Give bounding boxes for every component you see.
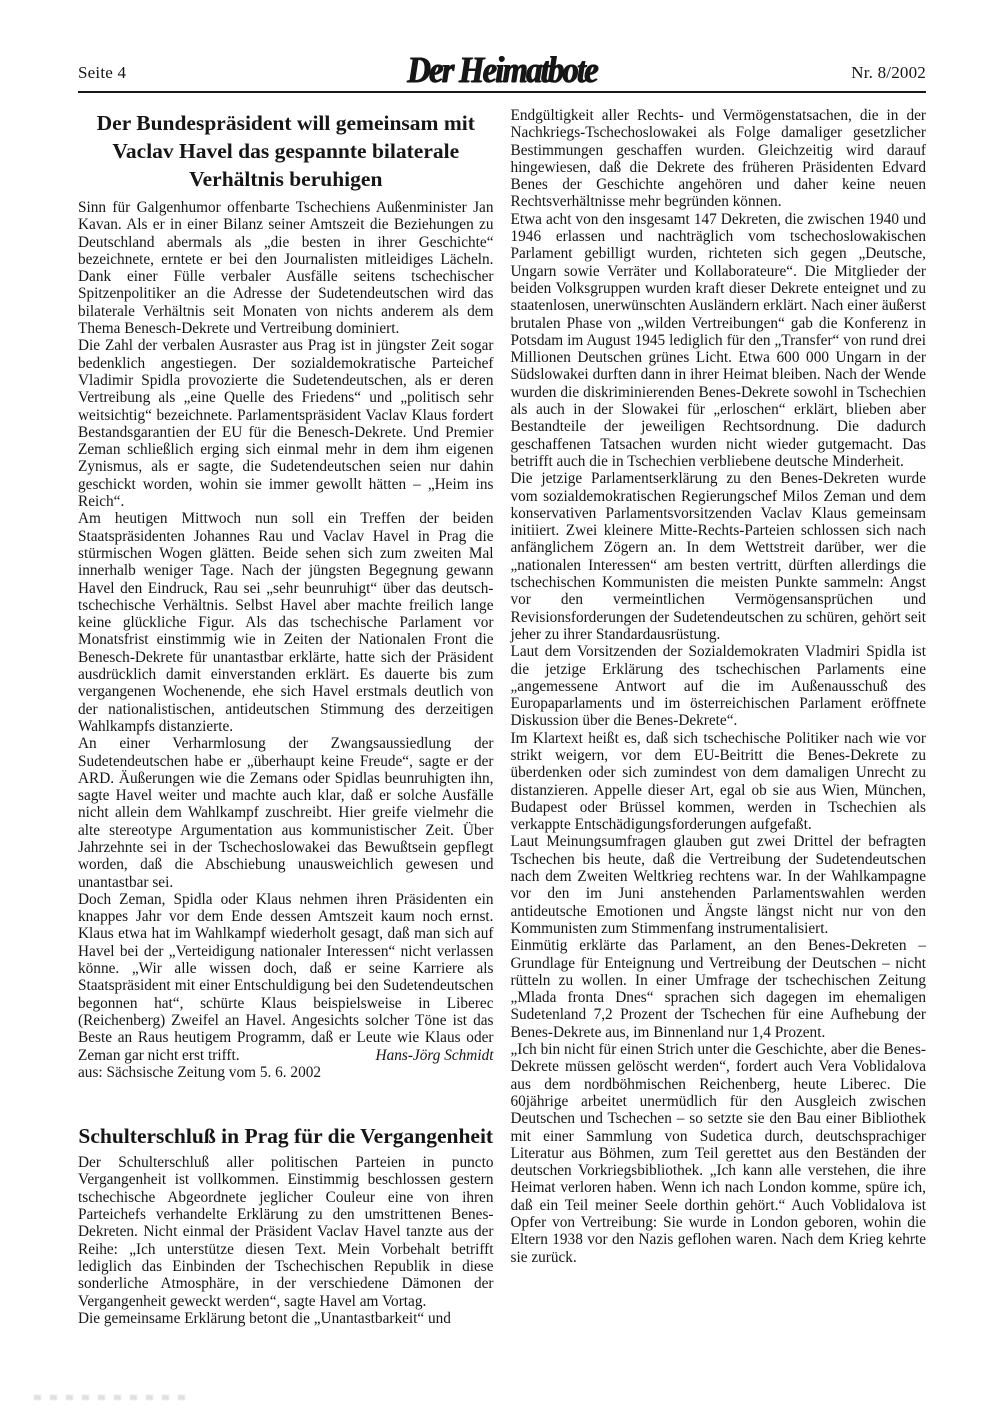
- article-paragraph: Endgültigkeit aller Rechts- und Vermögen…: [511, 107, 927, 211]
- right-column-paragraphs: Endgültigkeit aller Rechts- und Vermögen…: [511, 107, 927, 1266]
- page-header: Seite 4 Der Heimatbote Nr. 8/2002: [78, 34, 926, 88]
- article-paragraph: Einmütig erklärte das Parlament, an den …: [511, 937, 927, 1041]
- article-paragraph: Die gemeinsame Erklärung betont die „Una…: [78, 1310, 494, 1327]
- closing-paragraph-text: Doch Zeman, Spidla oder Klaus nehmen ihr…: [78, 891, 494, 1064]
- article-paragraph: „Ich bin nicht für einen Strich unter di…: [511, 1041, 927, 1266]
- issue-number-label: Nr. 8/2002: [851, 63, 926, 83]
- article-paragraph: An einer Verharmlosung der Zwangsaussied…: [78, 735, 494, 891]
- page-number-label: Seite 4: [78, 63, 126, 83]
- article-paragraph: Am heutigen Mittwoch nun soll ein Treffe…: [78, 510, 494, 735]
- article-1-source-line: aus: Sächsische Zeitung vom 5. 6. 2002: [78, 1064, 494, 1081]
- scan-artifact: [34, 1395, 194, 1400]
- article-paragraph: Laut Meinungsumfragen glauben gut zwei D…: [511, 833, 927, 937]
- article-paragraph: Laut dem Vorsitzenden der Sozialdemokrat…: [511, 643, 927, 729]
- page-body: Der Bundespräsident will gemeinsam mit V…: [78, 107, 926, 1327]
- article-1-byline: Hans-Jörg Schmidt: [376, 1047, 494, 1064]
- article-1-paragraphs: Sinn für Galgenhumor offenbarte Tschechi…: [78, 199, 494, 891]
- article-paragraph: Der Schulterschluß aller politischen Par…: [78, 1154, 494, 1310]
- article-paragraph: Die Zahl der verbalen Ausraster aus Prag…: [78, 337, 494, 510]
- newspaper-page: Seite 4 Der Heimatbote Nr. 8/2002 Der Bu…: [0, 0, 1000, 1412]
- article-paragraph: Sinn für Galgenhumor offenbarte Tschechi…: [78, 199, 494, 337]
- article-paragraph: Etwa acht von den insgesamt 147 Dekreten…: [511, 211, 927, 470]
- article-paragraph: Im Klartext heißt es, daß sich tschechis…: [511, 730, 927, 834]
- article-1-headline: Der Bundespräsident will gemeinsam mit V…: [82, 109, 490, 193]
- article-2-paragraphs: Der Schulterschluß aller politischen Par…: [78, 1154, 494, 1327]
- article-1-closing-paragraph: Doch Zeman, Spidla oder Klaus nehmen ihr…: [78, 891, 494, 1064]
- masthead-title: Der Heimatbote: [407, 49, 597, 92]
- right-column: Endgültigkeit aller Rechts- und Vermögen…: [511, 107, 927, 1327]
- article-2-headline: Schulterschluß in Prag für die Vergangen…: [78, 1123, 494, 1149]
- left-column: Der Bundespräsident will gemeinsam mit V…: [78, 107, 494, 1327]
- article-paragraph: Die jetzige Parlamentserklärung zu den B…: [511, 470, 927, 643]
